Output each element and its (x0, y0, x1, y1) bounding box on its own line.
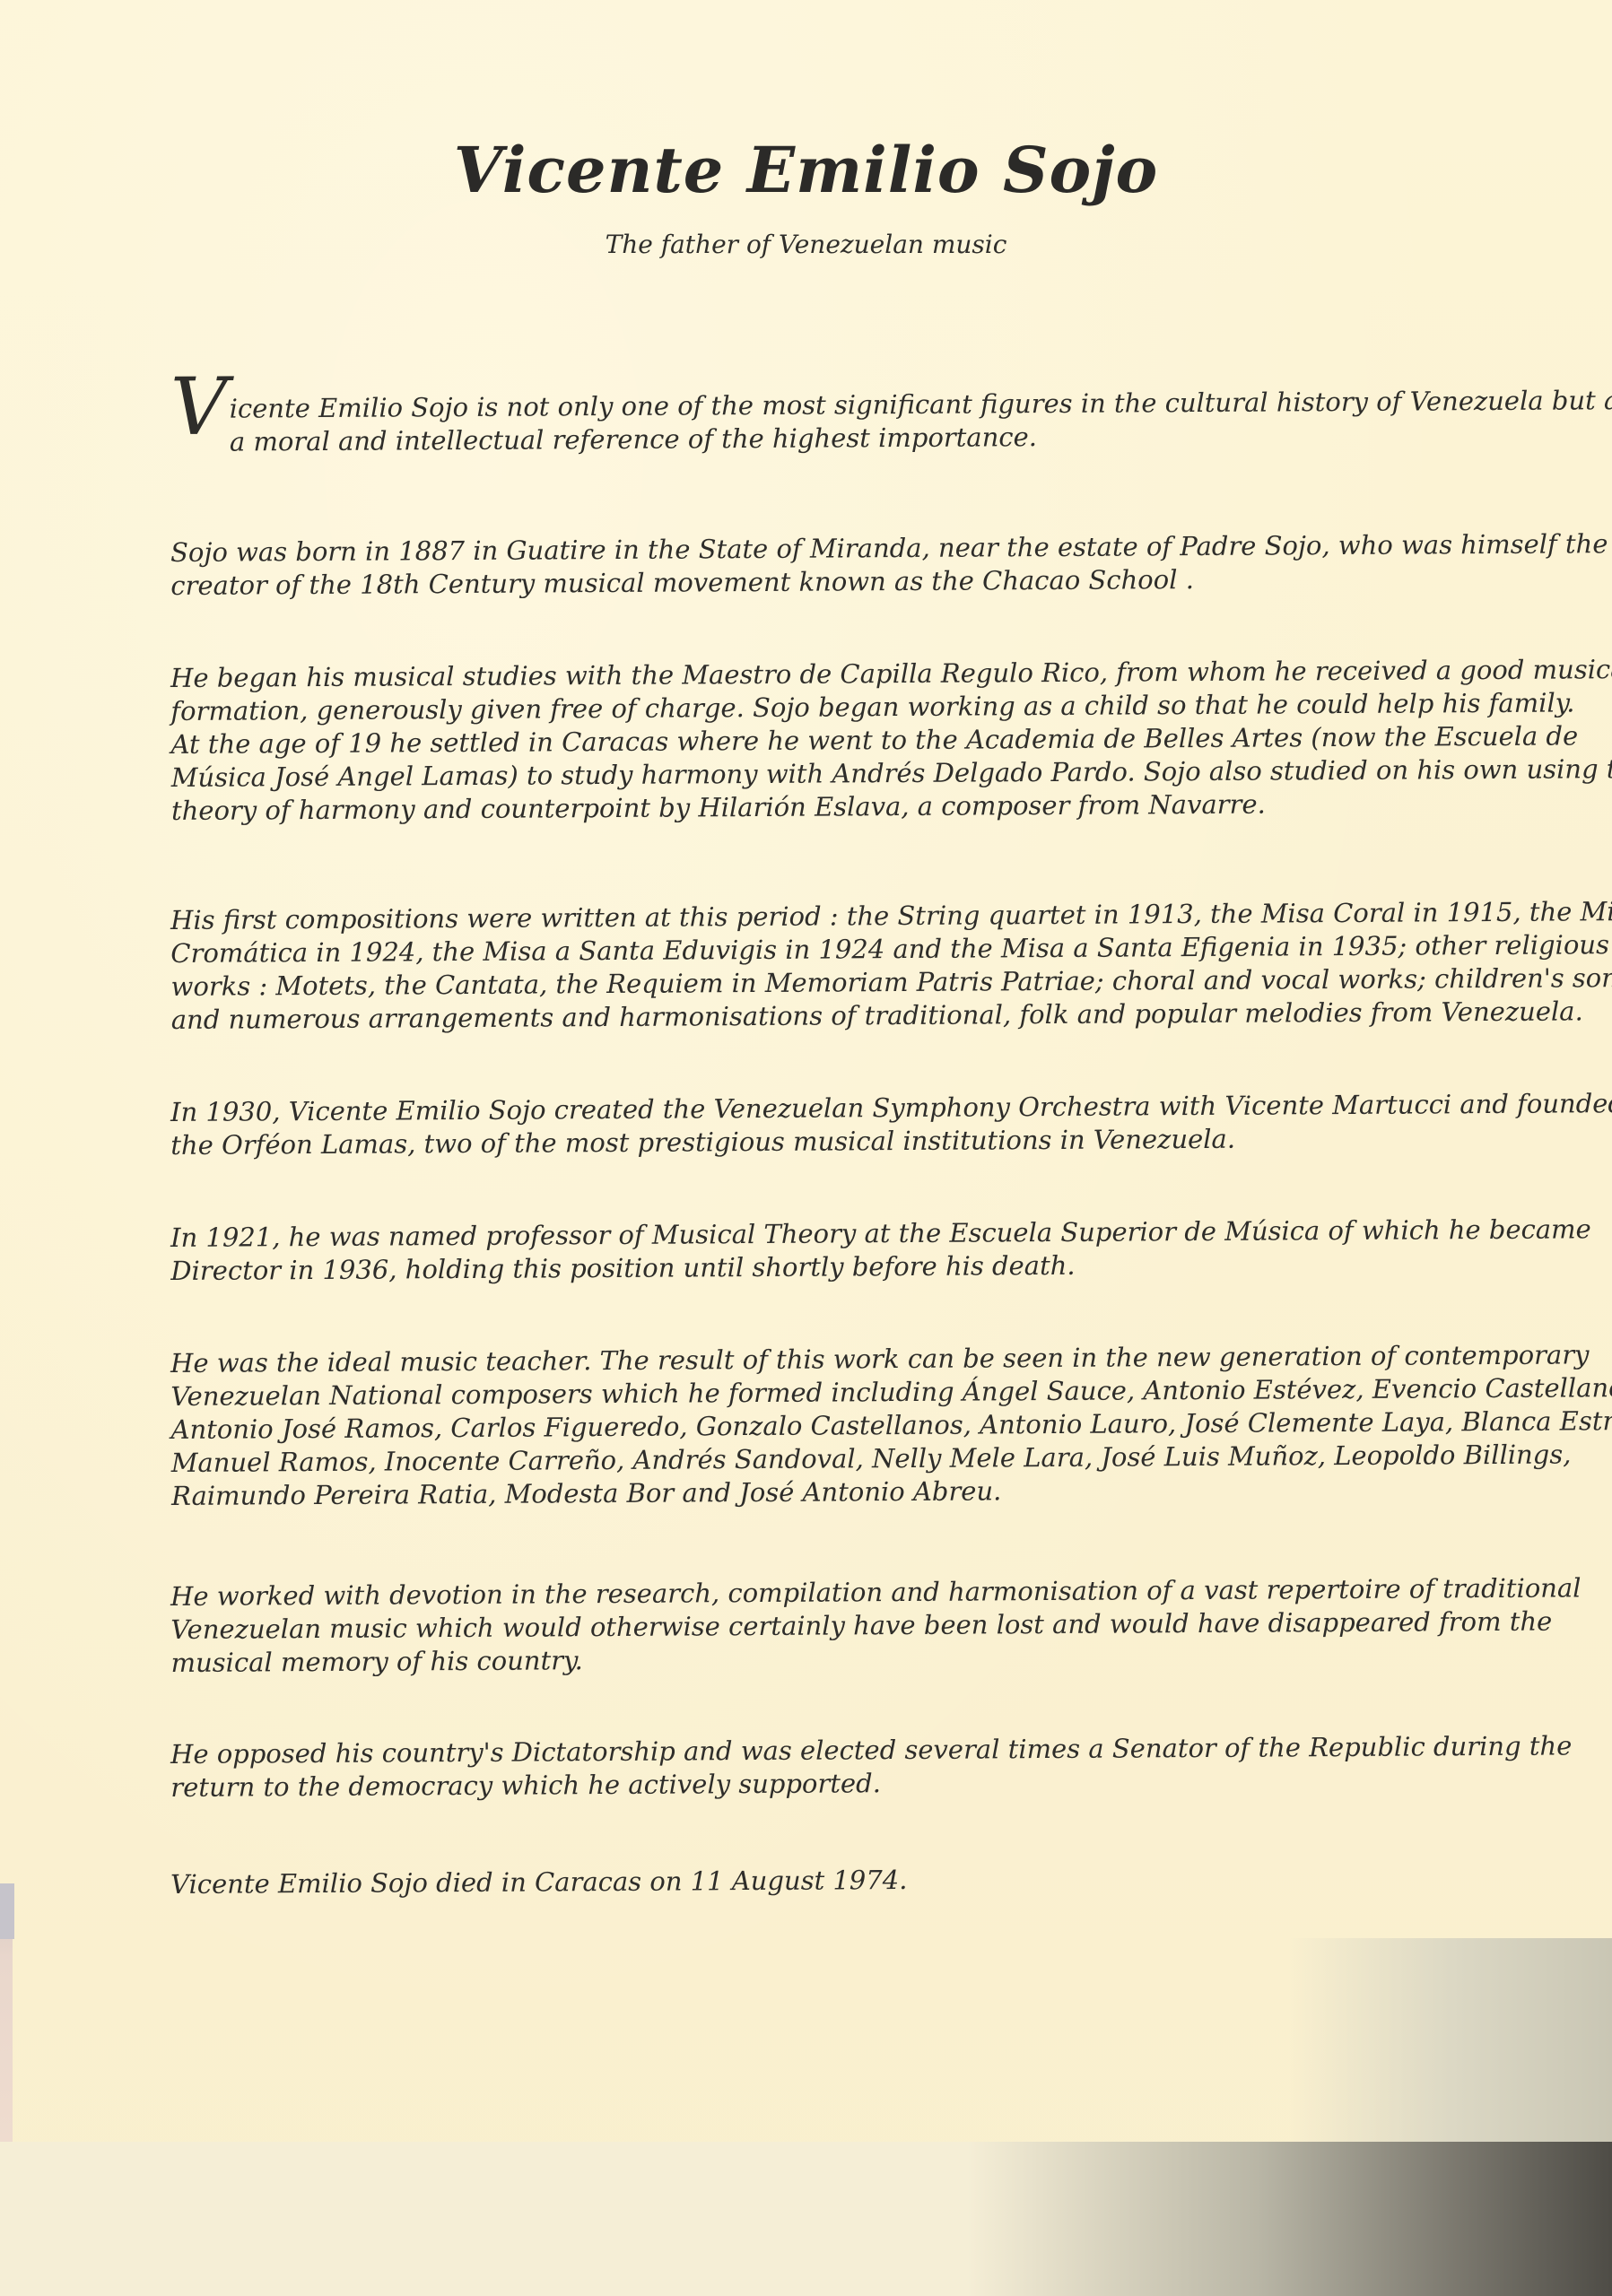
paragraph-birth: Sojo was born in 1887 in Guatire in the … (170, 527, 1612, 603)
paragraph-studies: He began his musical studies with the Ma… (170, 653, 1612, 828)
page-subtitle: The father of Venezuelan music (0, 230, 1612, 259)
paragraph-intro: V icente Emilio Sojo is not only one of … (170, 384, 1612, 459)
paragraph-senator: He opposed his country's Dictatorship an… (170, 1729, 1612, 1805)
drop-cap: V (170, 380, 228, 434)
paragraph-professor: In 1921, he was named professor of Music… (170, 1213, 1612, 1288)
scan-bottom-band (0, 1938, 1612, 2142)
page-title: Vicente Emilio Sojo (0, 133, 1612, 207)
paragraph-research: He worked with devotion in the research,… (170, 1571, 1612, 1680)
paragraph-compositions: His first compositions were written at t… (170, 895, 1612, 1037)
scan-bottom-shadow (0, 2142, 1612, 2296)
scan-edge-left-top (0, 1883, 14, 1939)
paragraph-teacher: He was the ideal music teacher. The resu… (170, 1338, 1612, 1513)
paragraph-orchestra: In 1930, Vicente Emilio Sojo created the… (170, 1087, 1612, 1162)
